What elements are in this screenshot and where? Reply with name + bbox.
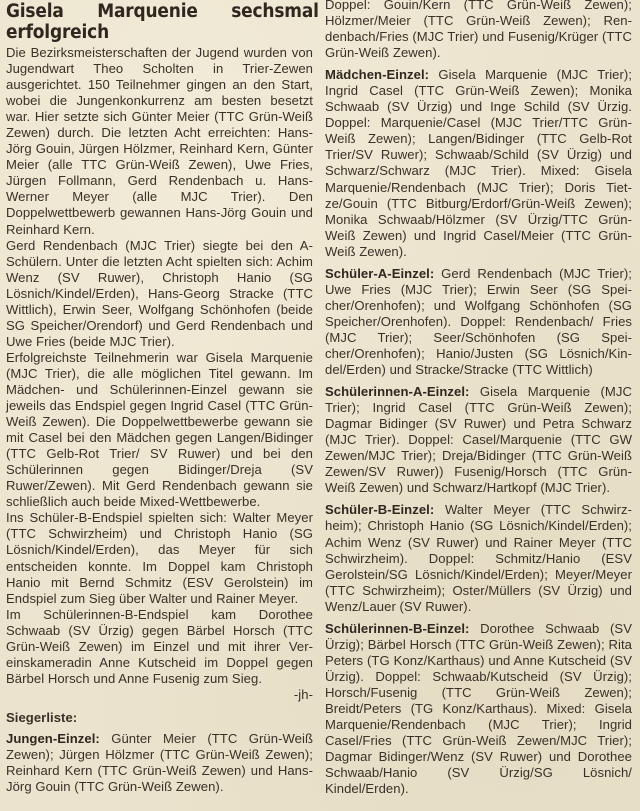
entry-label: Schüler-B-Einzel: xyxy=(325,502,434,517)
entry-text: Walter Meyer (TTC Schwirz­heim); Christo… xyxy=(325,502,632,613)
entry-label: Schülerinnen-B-Einzel: xyxy=(325,621,469,636)
entry-label: Mädchen-Einzel: xyxy=(325,67,429,82)
results-entry-schueler-a-einzel: Schüler-A-Einzel: Gerd Rendenbach (MJC T… xyxy=(325,266,632,378)
entry-label: Schülerinnen-A-Einzel: xyxy=(325,384,469,399)
entry-text-continued: Doppel: Gouin/Kern (TTC Grün-Weiß Zewen)… xyxy=(325,0,632,60)
results-entry-schuelerinnen-b-einzel: Schülerinnen-B-Einzel: Dorothee Schwaab … xyxy=(325,621,632,798)
results-entry-schueler-b-einzel: Schüler-B-Einzel: Walter Meyer (TTC Schw… xyxy=(325,502,632,614)
results-entry-maedchen-einzel: Mädchen-Einzel: Gisela Marquenie (MJC Tr… xyxy=(325,67,632,260)
article-paragraph: Die Bezirksmeisterschaften der Jugend wu… xyxy=(6,45,313,238)
entry-text: Gisela Marquenie (MJC Trier); Ingrid Cas… xyxy=(325,67,632,259)
results-entry-jungen-einzel: Jungen-Einzel: Günter Meier (TTC Grün-We… xyxy=(6,731,313,795)
article-paragraph: Ins Schüler-B-Endspiel spielten sich: Wa… xyxy=(6,510,313,606)
newspaper-clipping: Gisela Marquenie sechsmal erfolgreich Di… xyxy=(0,0,640,811)
right-column: Doppel: Gouin/Kern (TTC Grün-Weiß Zewen)… xyxy=(325,0,632,811)
entry-text: Dorothee Schwaab (SV Ürzig); Bärbel Hors… xyxy=(325,621,632,796)
results-entry-continued: Doppel: Gouin/Kern (TTC Grün-Weiß Zewen)… xyxy=(325,0,632,61)
results-entry-schuelerinnen-a-einzel: Schülerinnen-A-Einzel: Gisela Marquenie … xyxy=(325,384,632,496)
author-signature: -jh- xyxy=(6,687,313,703)
entry-text: Gisela Marquenie (MJC Trier); Ingrid Cas… xyxy=(325,384,632,495)
headline: Gisela Marquenie sechsmal erfolgreich xyxy=(6,1,319,43)
entry-text: Gerd Rendenbach (MJC Trier); Uwe Fries (… xyxy=(325,266,632,377)
left-column: Gisela Marquenie sechsmal erfolgreich Di… xyxy=(6,0,313,811)
entry-label: Jungen-Einzel: xyxy=(6,731,100,746)
entry-label: Schüler-A-Einzel: xyxy=(325,266,434,281)
article-paragraph: Im Schülerinnen-B-Endspiel kam Dorothee … xyxy=(6,607,313,687)
results-title: Siegerliste: xyxy=(6,710,313,726)
article-paragraph: Erfolgreichste Teilnehmerin war Gisela M… xyxy=(6,350,313,510)
article-paragraph: Gerd Rendenbach (MJC Trier) siegte bei d… xyxy=(6,238,313,350)
